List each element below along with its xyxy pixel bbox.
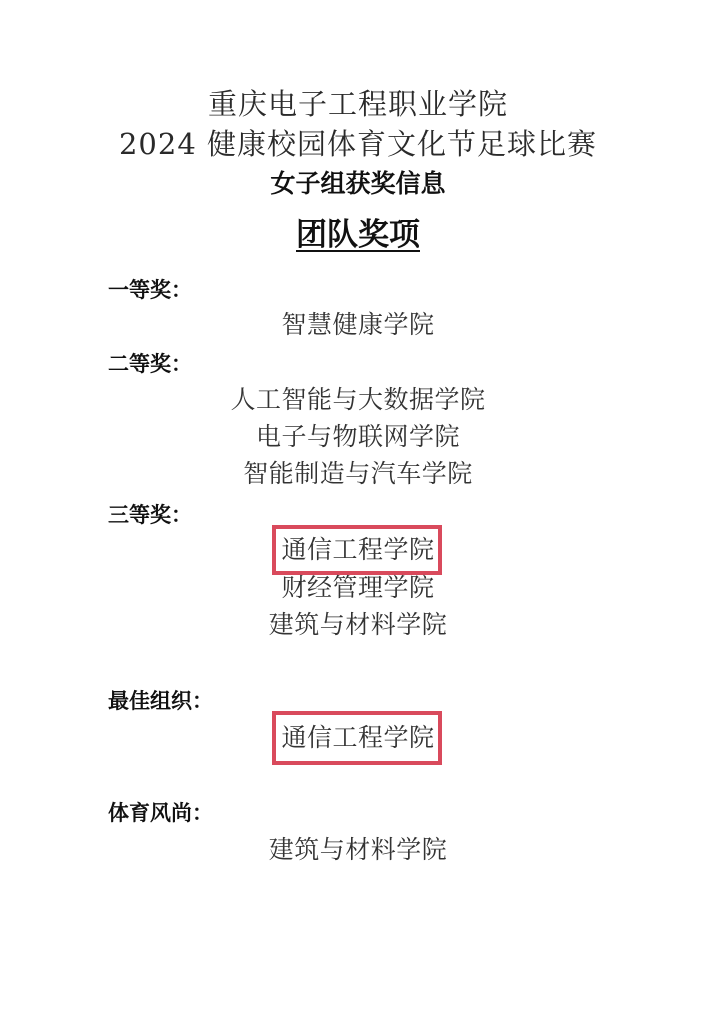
award-label-sportsmanship: 体育风尚： [108, 799, 213, 827]
school-name: 重庆电子工程职业学院 [0, 86, 716, 122]
award-label-best-organization: 最佳组织： [108, 687, 213, 715]
winner-third-2: 财经管理学院 [0, 571, 716, 605]
winner-second-2: 电子与物联网学院 [0, 420, 716, 454]
winner-first-1: 智慧健康学院 [0, 308, 716, 342]
highlight-box [272, 525, 442, 575]
winner-third-3: 建筑与材料学院 [0, 608, 716, 642]
winner-second-3: 智能制造与汽车学院 [0, 457, 716, 491]
award-label-third: 三等奖： [108, 501, 192, 529]
section-title: 团队奖项 [0, 215, 716, 255]
winner-sportsmanship: 建筑与材料学院 [0, 833, 716, 867]
event-title: 2024 健康校园体育文化节足球比赛 [0, 126, 716, 162]
subtitle: 女子组获奖信息 [0, 168, 716, 200]
award-label-first: 一等奖： [108, 276, 192, 304]
award-label-second: 二等奖： [108, 350, 192, 378]
highlight-box [272, 711, 442, 765]
winner-second-1: 人工智能与大数据学院 [0, 383, 716, 417]
